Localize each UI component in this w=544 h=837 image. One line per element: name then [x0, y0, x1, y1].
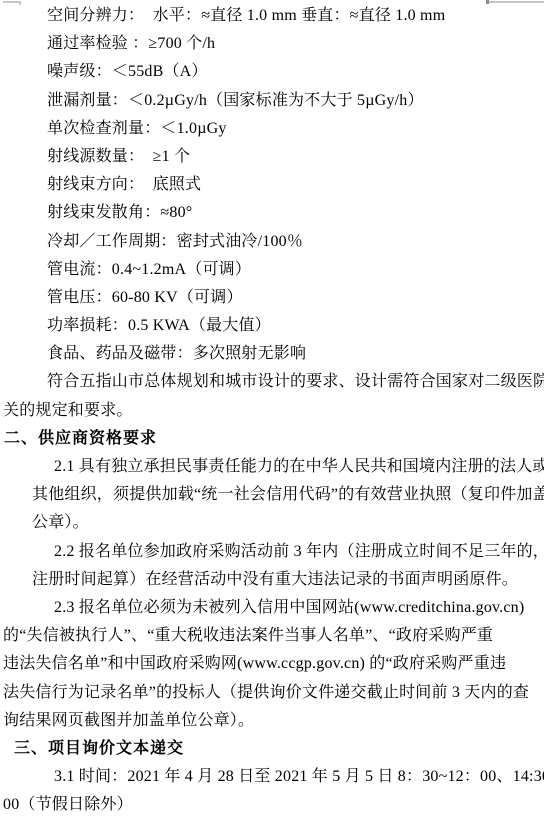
spec-line-cooling-duty-cycle: 冷却／工作周期：密封式油冷/100％: [0, 228, 544, 256]
spec-line-leakage-dose: 泄漏剂量：＜0.2µGy/h（国家标准为不大于 5µGy/h）: [0, 87, 544, 115]
section-3-heading: 三、项目询价文本递交: [0, 735, 544, 763]
para-2-3-line-2: 的“失信被执行人”、“重大税收违法案件当事人名单”、“政府采购严重: [0, 622, 544, 650]
para-2-3-line-4: 法失信行为记录名单”的投标人（提供询价文件递交截止时间前 3 天内的查: [0, 679, 544, 707]
para-2-3-line-5: 询结果网页截图并加盖单位公章）。: [0, 707, 544, 735]
para-3-1-line-1: 3.1 时间：2021 年 4 月 28 日至 2021 年 5 月 5 日 8…: [0, 763, 544, 791]
spec-line-beam-divergence-angle: 射线束发散角：≈80°: [0, 199, 544, 227]
spec-line-beam-direction: 射线束方向： 底照式: [0, 171, 544, 199]
spec-line-tube-current: 管电流：0.4~1.2mA（可调）: [0, 256, 544, 284]
para-2-3-line-1: 2.3 报名单位必须为未被列入信用中国网站(www.creditchina.go…: [0, 594, 544, 622]
compliance-paragraph-line-2: 关的规定和要求。: [0, 397, 544, 425]
para-2-3-line-3: 违法失信名单”和中国政府采购网(www.ccgp.gov.cn) 的“政府采购严…: [0, 650, 544, 678]
spec-line-film-safety: 食品、药品及磁带：多次照射无影响: [0, 340, 544, 368]
section-2-heading: 二、供应商资格要求: [0, 425, 544, 453]
para-2-1-line-3: 公章）。: [0, 509, 544, 537]
spec-line-power-consumption: 功率损耗：0.5 KWA（最大值）: [0, 312, 544, 340]
para-2-2-line-2: 注册时间起算）在经营活动中没有重大违法记录的书面声明函原件。: [0, 566, 544, 594]
spec-line-noise-level: 噪声级：＜55dB（A）: [0, 58, 544, 86]
para-2-2-line-1: 2.2 报名单位参加政府采购活动前 3 年内（注册成立时间不足三年的，从: [0, 538, 544, 566]
compliance-paragraph-line-1: 符合五指山市总体规划和城市设计的要求、设计需符合国家对二级医院的有: [0, 368, 544, 396]
spec-line-tube-voltage: 管电压：60-80 KV（可调）: [0, 284, 544, 312]
spec-line-single-scan-dose: 单次检查剂量：＜1.0µGy: [0, 115, 544, 143]
para-3-1-line-2: 00（节假日除外）: [0, 791, 544, 819]
document-body: 空间分辨力： 水平：≈直径 1.0 mm 垂直：≈直径 1.0 mm 通过率检验…: [0, 2, 544, 819]
spec-line-throughput: 通过率检验 ：≥700 个/h: [0, 30, 544, 58]
spec-line-ray-source-count: 射线源数量： ≥1 个: [0, 143, 544, 171]
spec-line-spatial-resolution: 空间分辨力： 水平：≈直径 1.0 mm 垂直：≈直径 1.0 mm: [0, 2, 544, 30]
para-2-1-line-2: 其他组织，须提供加载“统一社会信用代码”的有效营业执照（复印件加盖: [0, 481, 544, 509]
document-page: 空间分辨力： 水平：≈直径 1.0 mm 垂直：≈直径 1.0 mm 通过率检验…: [0, 0, 544, 837]
para-2-1-line-1: 2.1 具有独立承担民事责任能力的在中华人民共和国境内注册的法人或: [0, 453, 544, 481]
